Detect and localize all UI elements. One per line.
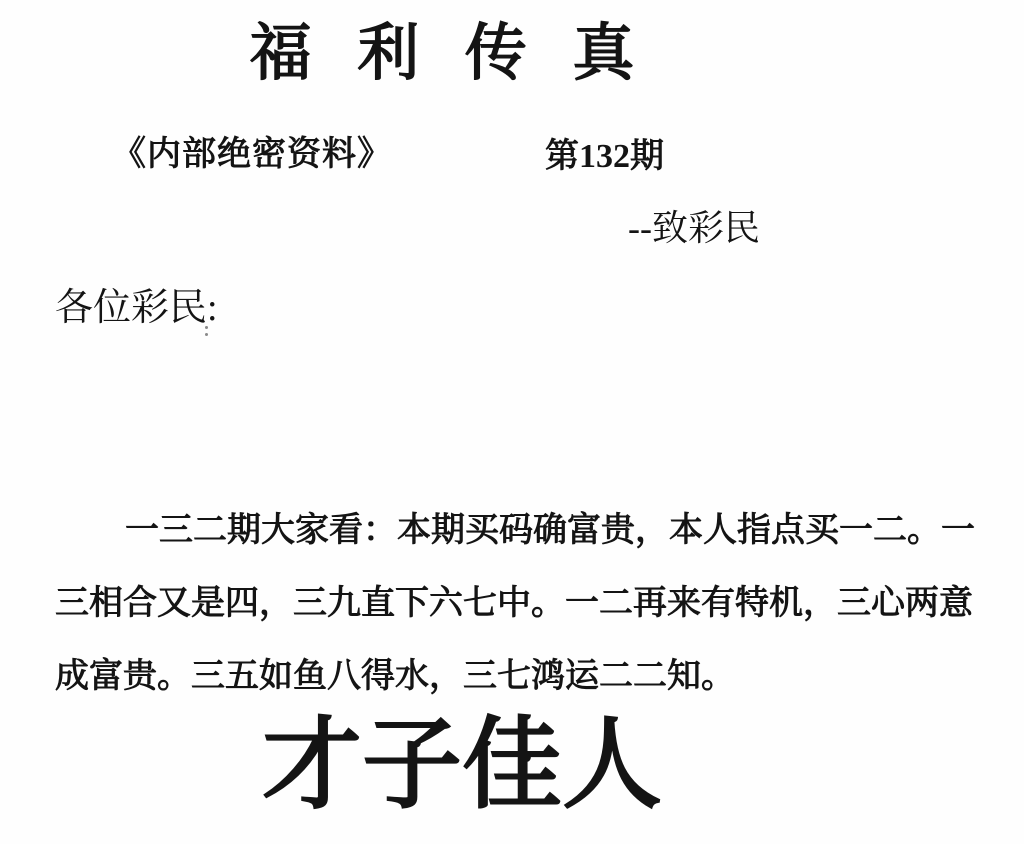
dedication-line: --致彩民 <box>628 200 760 251</box>
document-title: 福 利 传 真 <box>0 16 1024 90</box>
issue-number: 第132期 <box>545 128 664 177</box>
document-page: 福 利 传 真 《内部绝密资料》 第132期 --致彩民 各位彩民: 一三二期大… <box>0 0 1024 844</box>
body-line-1: 一三二期大家看：本期买码确富贵，本人指点买一二。一 <box>55 494 985 567</box>
source-label: 《内部绝密资料》 <box>112 126 392 175</box>
salutation: 各位彩民: <box>55 276 218 331</box>
scan-artifact-speck <box>205 326 208 329</box>
body-paragraph: 一三二期大家看：本期买码确富贵，本人指点买一二。一 三相合又是四，三九直下六七中… <box>55 494 985 713</box>
body-line-2: 三相合又是四，三九直下六七中。一二再来有特机，三心两意 <box>55 567 985 640</box>
footer-headline: 才子佳人 <box>262 698 662 833</box>
